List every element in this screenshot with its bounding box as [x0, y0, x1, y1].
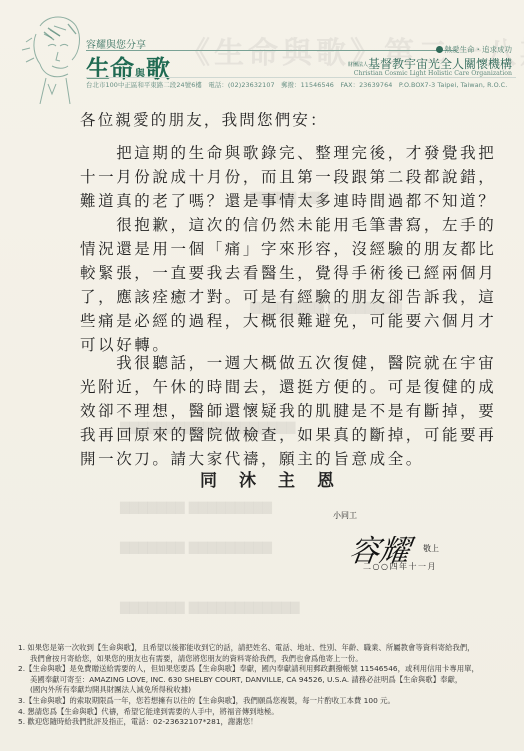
signature-respect: 敬上	[423, 543, 439, 554]
footnote-item: 我們會按月寄給您，如果您的朋友也有需要，請您將您朋友的資料寄給我們，我們也會爲他…	[18, 654, 518, 665]
paragraph-line: 較緊張，一直要我去看醫生，覺得手術後已經兩個月	[80, 261, 500, 285]
bleed-through-text: ▇▇▇▇▇▇▇ ▇▇▇▇▇▇▇▇▇▇▇▇	[120, 600, 300, 614]
paragraph-line: 難道真的老了嗎？還是事情太多連時間過都不知道？	[80, 189, 500, 213]
footnote-item: (國內外所有奉獻均開具財團法人減免所得稅收據)	[18, 685, 518, 696]
paragraph-line: 了，應該痊癒才對。可是有經驗的朋友卻告訴我，這	[80, 285, 500, 309]
letter-paragraph-3: 我很聽話，一週大概做五次復健，醫院就在宇宙 光附近，午休的時間去，還挺方便的。可…	[80, 351, 500, 471]
bleed-through-text: ▇▇▇▇▇▇▇ ▇▇▇▇▇▇▇▇▇	[120, 540, 272, 554]
footnote-item: 4. 懇請您爲【生命與歌】代禱，希望它能達到需要的人手中，將福音傳到地極。	[18, 707, 518, 718]
org-prefix: 財團法人	[348, 63, 368, 68]
paragraph-line: 把這期的生命與歌錄完、整理完後，才發覺我把	[80, 141, 500, 165]
coworker-label: 小同工	[333, 510, 357, 521]
footnotes: 1. 如果您是第一次收到【生命與歌】，且希望以後都能收到它的話，請把姓名、電話、…	[18, 643, 518, 728]
footnote-item: 2.【生命與歌】是免費贈送給需要的人，但如果您要爲【生命與歌】奉獻，國內奉獻請利…	[18, 664, 518, 675]
org-slogan-text: 熱愛生命・追求成功	[445, 45, 513, 54]
footnote-item: 1. 如果您是第一次收到【生命與歌】，且希望以後都能收到它的話，請把姓名、電話、…	[18, 643, 518, 654]
paragraph-line: 光附近，午休的時間去，還挺方便的。可是復健的成	[80, 375, 500, 399]
letter-paragraph-1: 把這期的生命與歌錄完、整理完後，才發覺我把 十一月份說成十月份，而且第一段跟第二…	[80, 141, 500, 213]
letter-date: 二○○四年十一月	[363, 561, 437, 572]
logo-dot-icon	[436, 46, 443, 53]
org-slogan: 熱愛生命・追求成功	[436, 44, 513, 55]
header-divider-2	[86, 77, 516, 78]
bleed-through-text: ▇▇▇▇▇▇▇ ▇▇▇▇▇▇▇▇▇	[120, 500, 272, 514]
program-title-end: 歌	[146, 54, 170, 83]
paragraph-line: 十一月份說成十月份，而且第一段跟第二段都說錯，	[80, 165, 500, 189]
paragraph-line: 我很聽話，一週大概做五次復健，醫院就在宇宙	[80, 351, 500, 375]
portrait-sketch-icon	[10, 4, 88, 104]
letter-page: 《生命與歌》第二一八期 ▇▇▇▇▇ ▇▇▇ ▇▇▇▇▇▇▇▇ ▇▇▇▇▇▇▇▇ …	[0, 0, 524, 751]
program-title: 生命與歌	[86, 49, 170, 84]
paragraph-line: 情況還是用一個「痛」字來形容，沒經驗的朋友都比	[80, 237, 500, 261]
org-name-text: 基督教宇宙光全人關懷機構	[368, 57, 512, 71]
letter-greeting: 各位親愛的朋友，我問您們安：	[80, 108, 328, 130]
footnote-item: 3.【生命與歌】的索取期限爲一年，您若想擁有以往的【生命與歌】，我們願爲您複製，…	[18, 696, 518, 707]
footnote-item: 美國奉獻可寄至：AMAZING LOVE, INC. 630 SHELBY CO…	[18, 675, 518, 686]
paragraph-line: 很抱歉，這次的信仍然未能用毛筆書寫，左手的	[80, 213, 500, 237]
program-title-and: 與	[135, 69, 145, 80]
paragraph-line: 效卻不理想，醫師還懷疑我的肌腱是不是有斷掉，要	[80, 399, 500, 423]
letter-closing: 同沐主恩	[200, 466, 356, 491]
paragraph-line: 些痛是必經的過程，大概很難避免，可能要六個月才	[80, 309, 500, 333]
footnote-item: 5. 歡迎您隨時給我們批評及指正，電話：02-23632107*281，謝謝您！	[18, 717, 518, 728]
paragraph-line: 我再回原來的醫院做檢查，如果真的斷掉，可能要再	[80, 423, 500, 447]
program-title-main: 生命	[86, 54, 134, 83]
letter-paragraph-2: 很抱歉，這次的信仍然未能用毛筆書寫，左手的 情況還是用一個「痛」字來形容，沒經驗…	[80, 213, 500, 357]
org-english-name: Christian Cosmic Light Holistic Care Org…	[354, 70, 512, 77]
header-address: 台北市100中正區和平東路二段24號6樓 電話：(02)23632107 郵撥：…	[86, 80, 507, 89]
